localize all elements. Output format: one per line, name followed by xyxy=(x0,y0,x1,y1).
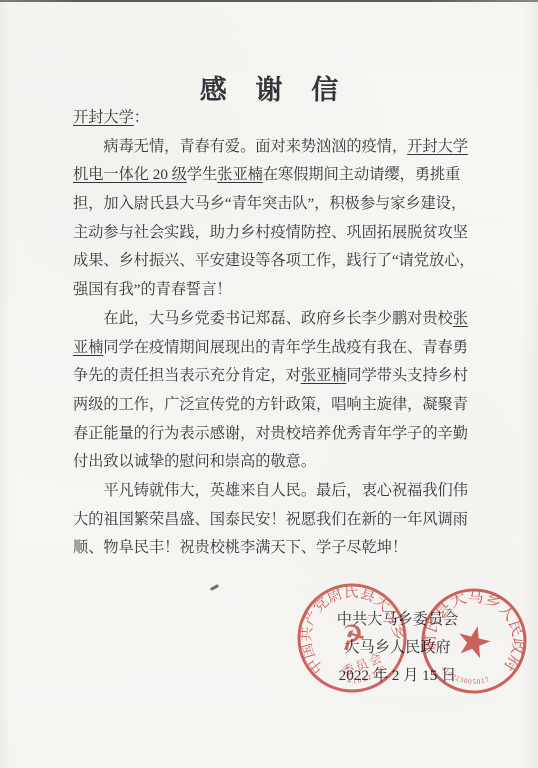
letter-line: 付出致以诚挚的慰问和崇高的敬意。 xyxy=(73,448,467,477)
scanned-letter-page: 感 谢 信 开封大学： 病毒无情，青春有爱。面对来势汹汹的疫情，开封大学机电一体… xyxy=(0,0,538,768)
text-segment: 春正能量的行为表示感谢，对贵校培养优秀青年学子的辛勤 xyxy=(73,425,468,442)
text-segment: 担，加入尉氏县大马乡“青年突击队”，积极参与家乡建设， xyxy=(73,195,466,212)
letter-line: 顺、物阜民丰！祝贵校桃李满天下、学子尽乾坤！ xyxy=(73,534,467,563)
signature-date: 2022 年 2 月 15 日 xyxy=(310,662,485,690)
text-segment: 病毒无情，青春有爱。面对来势汹汹的疫情， xyxy=(103,138,407,155)
ink-speck-artifact xyxy=(210,584,219,591)
text-segment: 同学带头支持乡村 xyxy=(346,367,468,384)
text-segment: 强国有我”的青春誓言！ xyxy=(73,281,232,298)
underlined-text: 张 xyxy=(453,310,468,327)
text-segment: 争先的责任担当表示充分肯定，对 xyxy=(73,367,301,384)
letter-line: 两级的工作，广泛宣传党的方针政策，唱响主旋律，凝聚青 xyxy=(73,391,467,420)
letter-line: 亚楠同学在疫情期间展现出的青年学生战疫有我在、青春勇 xyxy=(73,334,467,363)
text-segment: 同学在疫情期间展现出的青年学生战疫有我在、青春勇 xyxy=(103,339,468,356)
underlined-text: 张亚楠 xyxy=(217,166,263,183)
letter-line: 主动参与社会实践，助力乡村疫情防控、巩固拓展脱贫攻坚 xyxy=(73,219,467,248)
text-segment: 主动参与社会实践，助力乡村疫情防控、巩固拓展脱贫攻坚 xyxy=(73,224,468,241)
text-segment: 在寒假期间主动请缨，勇挑重 xyxy=(263,166,460,183)
scan-edge-artifact xyxy=(0,0,538,2)
letter-title: 感 谢 信 xyxy=(0,68,538,107)
letter-line: 担，加入尉氏县大马乡“青年突击队”，积极参与家乡建设， xyxy=(73,190,467,219)
letter-line: 强国有我”的青春誓言！ xyxy=(73,276,467,305)
signature-org-government: 大马乡人民政府 xyxy=(310,634,485,662)
text-segment: 在此，大马乡党委书记郑磊、政府乡长李少鹏对贵校 xyxy=(103,310,452,327)
salutation: 开封大学： xyxy=(73,104,467,133)
underlined-text: 开封大学 xyxy=(73,109,134,126)
signature-block: 中共大马乡委员会 大马乡人民政府 2022 年 2 月 15 日 xyxy=(310,606,485,691)
letter-line: 病毒无情，青春有爱。面对来势汹汹的疫情，开封大学 xyxy=(73,133,467,162)
underlined-text: 开封大学 xyxy=(407,138,468,155)
letter-line: 大的祖国繁荣昌盛、国泰民安！祝愿我们在新的一年风调雨 xyxy=(73,506,467,535)
underlined-text: 亚楠 xyxy=(73,339,103,356)
letter-line: 成果、乡村振兴、平安建设等各项工作，践行了“请党放心， xyxy=(73,247,467,276)
text-segment: 大的祖国繁荣昌盛、国泰民安！祝愿我们在新的一年风调雨 xyxy=(73,511,468,528)
text-segment: 平凡铸就伟大，英雄来自人民。最后，衷心祝福我们伟 xyxy=(103,482,468,499)
letter-line: 机电一体化 20 级学生张亚楠在寒假期间主动请缨，勇挑重 xyxy=(73,161,467,190)
text-segment: ： xyxy=(134,109,149,126)
letter-paragraphs: 病毒无情，青春有爱。面对来势汹汹的疫情，开封大学机电一体化 20 级学生张亚楠在… xyxy=(73,133,467,563)
text-segment: 两级的工作，广泛宣传党的方针政策，唱响主旋律，凝聚青 xyxy=(73,396,468,413)
letter-line: 争先的责任担当表示充分肯定，对张亚楠同学带头支持乡村 xyxy=(73,362,467,391)
letter-line: 春正能量的行为表示感谢，对贵校培养优秀青年学子的辛勤 xyxy=(73,420,467,449)
signature-org-party: 中共大马乡委员会 xyxy=(310,606,485,634)
underlined-text: 张亚楠 xyxy=(301,367,347,384)
letter-line: 在此，大马乡党委书记郑磊、政府乡长李少鹏对贵校张 xyxy=(73,305,467,334)
letter-line: 平凡铸就伟大，英雄来自人民。最后，衷心祝福我们伟 xyxy=(73,477,467,506)
text-segment: 付出致以诚挚的慰问和崇高的敬意。 xyxy=(73,453,316,470)
text-segment: 学生 xyxy=(187,166,217,183)
letter-body: 开封大学： 病毒无情，青春有爱。面对来势汹汹的疫情，开封大学机电一体化 20 级… xyxy=(73,104,467,563)
text-segment: 成果、乡村振兴、平安建设等各项工作，践行了“请党放心， xyxy=(73,252,475,269)
text-segment: 顺、物阜民丰！祝贵校桃李满天下、学子尽乾坤！ xyxy=(73,539,407,556)
underlined-text: 机电一体化 20 级 xyxy=(73,166,187,183)
